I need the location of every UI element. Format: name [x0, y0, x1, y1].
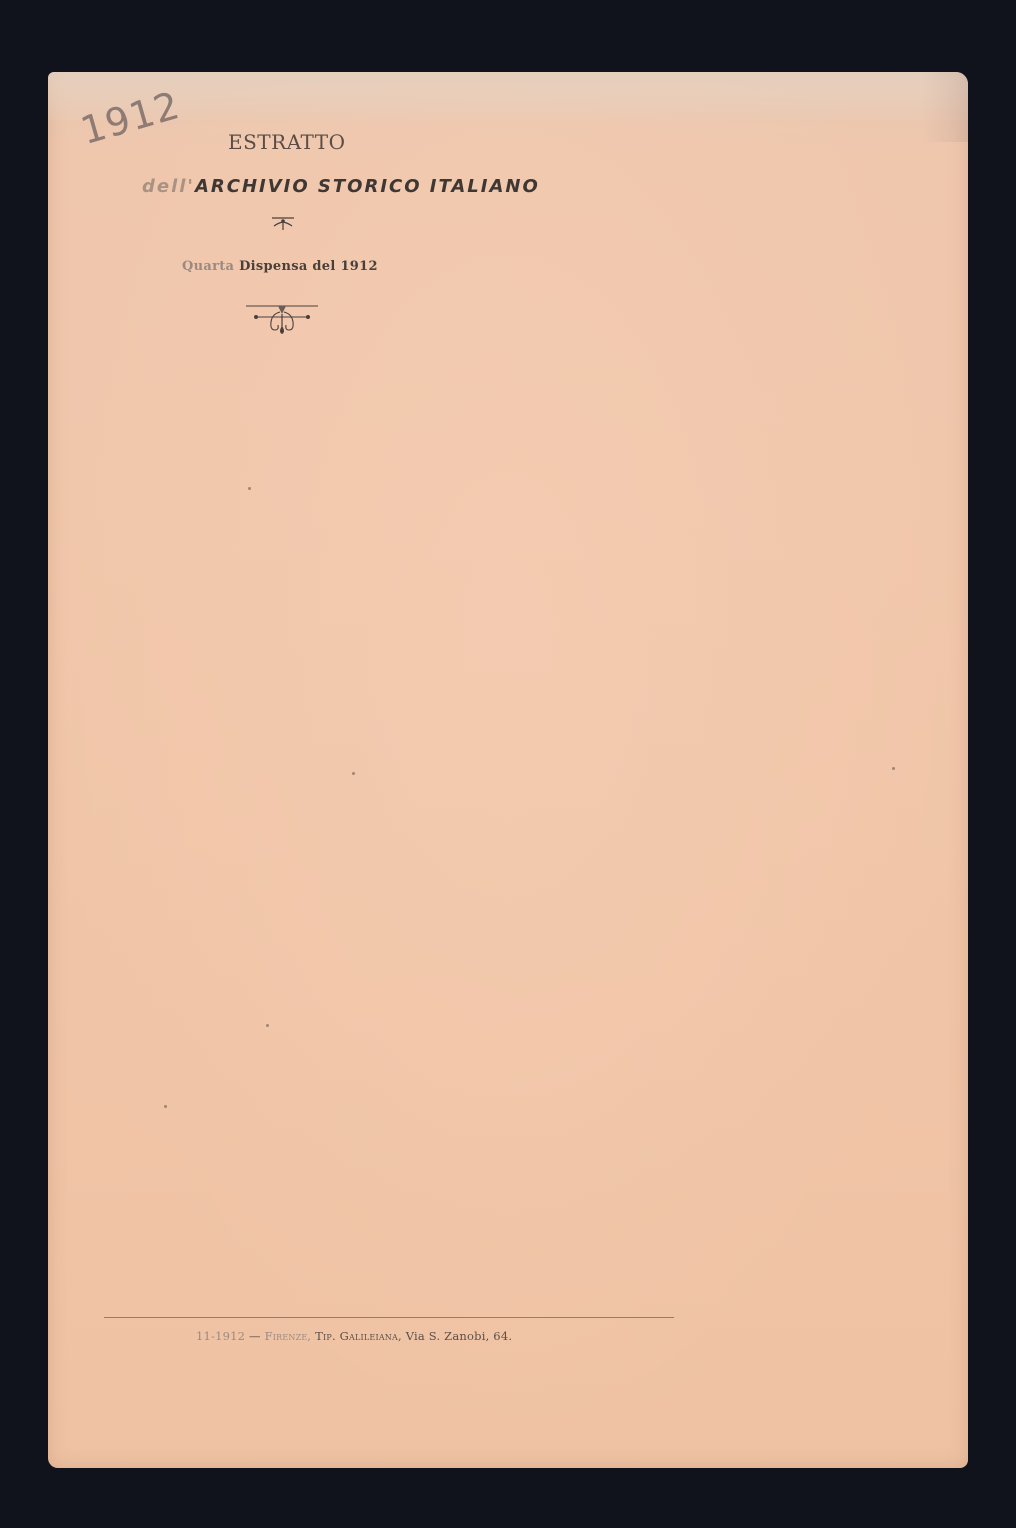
imprint-city: Firenze, — [265, 1329, 312, 1343]
scroll-vignette-icon — [244, 302, 320, 336]
paper-speck — [352, 772, 355, 775]
document-page — [48, 72, 968, 1468]
paper-speck — [266, 1024, 269, 1027]
paper-speck — [164, 1105, 167, 1108]
printer-imprint: 11-1912 — Firenze, Tip. Galileiana, Via … — [196, 1329, 512, 1343]
paper-speck — [248, 487, 251, 490]
fleuron-ornament-icon — [270, 214, 296, 232]
paper-speck — [892, 767, 895, 770]
imprint-printer-abbr: Tip. — [315, 1329, 336, 1343]
imprint-printer: Galileiana, — [340, 1329, 402, 1343]
source-journal-title: dell'ARCHIVIO STORICO ITALIANO — [142, 176, 540, 197]
source-name: ARCHIVIO STORICO ITALIANO — [195, 176, 540, 197]
source-prefix: dell' — [142, 176, 195, 197]
issue-text: Dispensa del 1912 — [239, 259, 378, 274]
imprint-address: Via S. Zanobi, 64. — [406, 1329, 513, 1343]
heading-estratto: ESTRATTO — [228, 130, 346, 154]
issue-line: Quarta Dispensa del 1912 — [182, 259, 378, 274]
issue-prefix: Quarta — [182, 259, 234, 274]
footer-rule — [104, 1317, 674, 1318]
imprint-dash: — — [249, 1329, 261, 1343]
imprint-code: 11-1912 — [196, 1329, 245, 1343]
